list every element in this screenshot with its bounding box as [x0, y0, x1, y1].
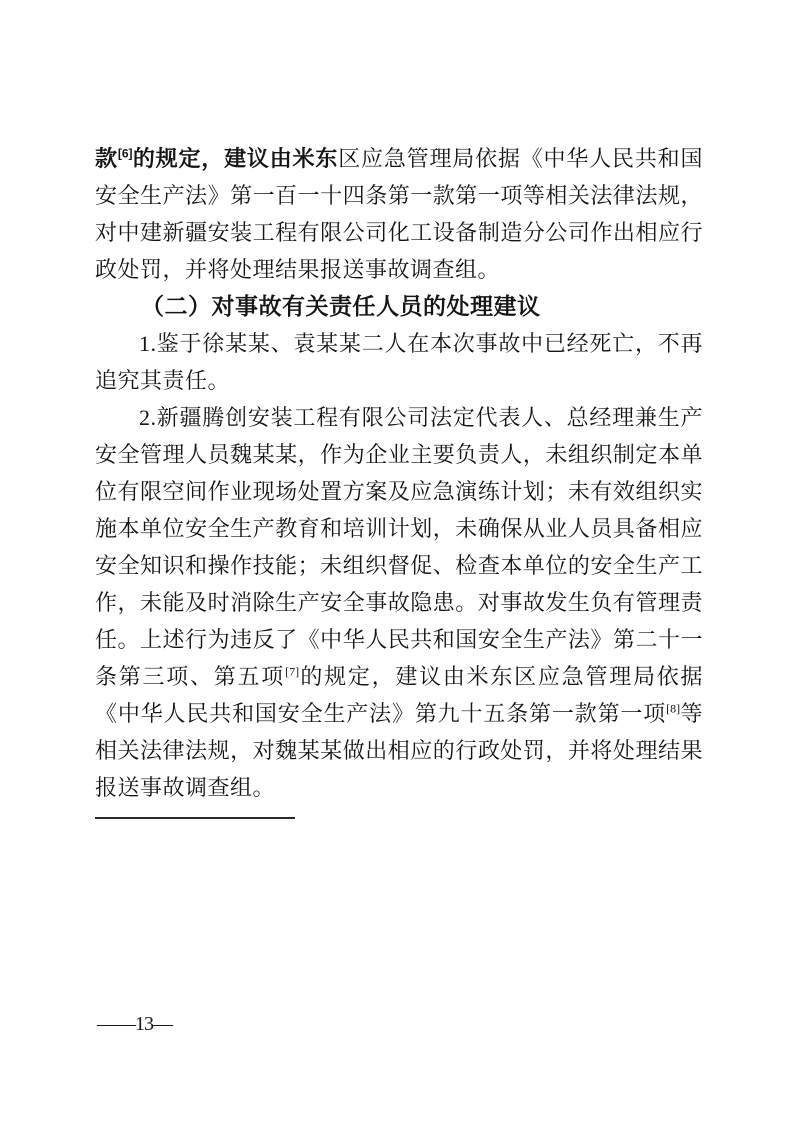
document-page: 款[6]的规定，建议由米东区应急管理局依据《中华人民共和国安全生产法》第一百一十… [0, 0, 793, 1122]
report-body: 款[6]的规定，建议由米东区应急管理局依据《中华人民共和国安全生产法》第一百一十… [95, 140, 703, 806]
footnote-separator [95, 817, 295, 819]
body-paragraph: 款[6]的规定，建议由米东区应急管理局依据《中华人民共和国安全生产法》第一百一十… [95, 140, 703, 288]
footnote-ref: [7] [285, 665, 299, 679]
body-paragraph: 2.新疆腾创安装工程有限公司法定代表人、总经理兼生产安全管理人员魏某某，作为企业… [95, 399, 703, 806]
body-paragraph: 1.鉴于徐某某、袁某某二人在本次事故中已经死亡，不再追究其责任。 [95, 325, 703, 399]
text-run: 1.鉴于徐某某、袁某某二人在本次事故中已经死亡，不再追究其责任。 [95, 331, 703, 393]
footnote-ref: [6] [118, 147, 133, 161]
page-number: ——13— [97, 1013, 172, 1035]
text-run: （二）对事故有关责任人员的处理建议 [141, 293, 541, 319]
page-footer: ——13— [97, 1013, 172, 1036]
text-run: 的规定，建议由米东 [133, 146, 339, 171]
footnote-ref: [8] [666, 702, 680, 716]
section-heading: （二）对事故有关责任人员的处理建议 [95, 288, 703, 325]
text-run: 2.新疆腾创安装工程有限公司法定代表人、总经理兼生产安全管理人员魏某某，作为企业… [95, 405, 703, 689]
text-run: 款 [95, 146, 118, 171]
